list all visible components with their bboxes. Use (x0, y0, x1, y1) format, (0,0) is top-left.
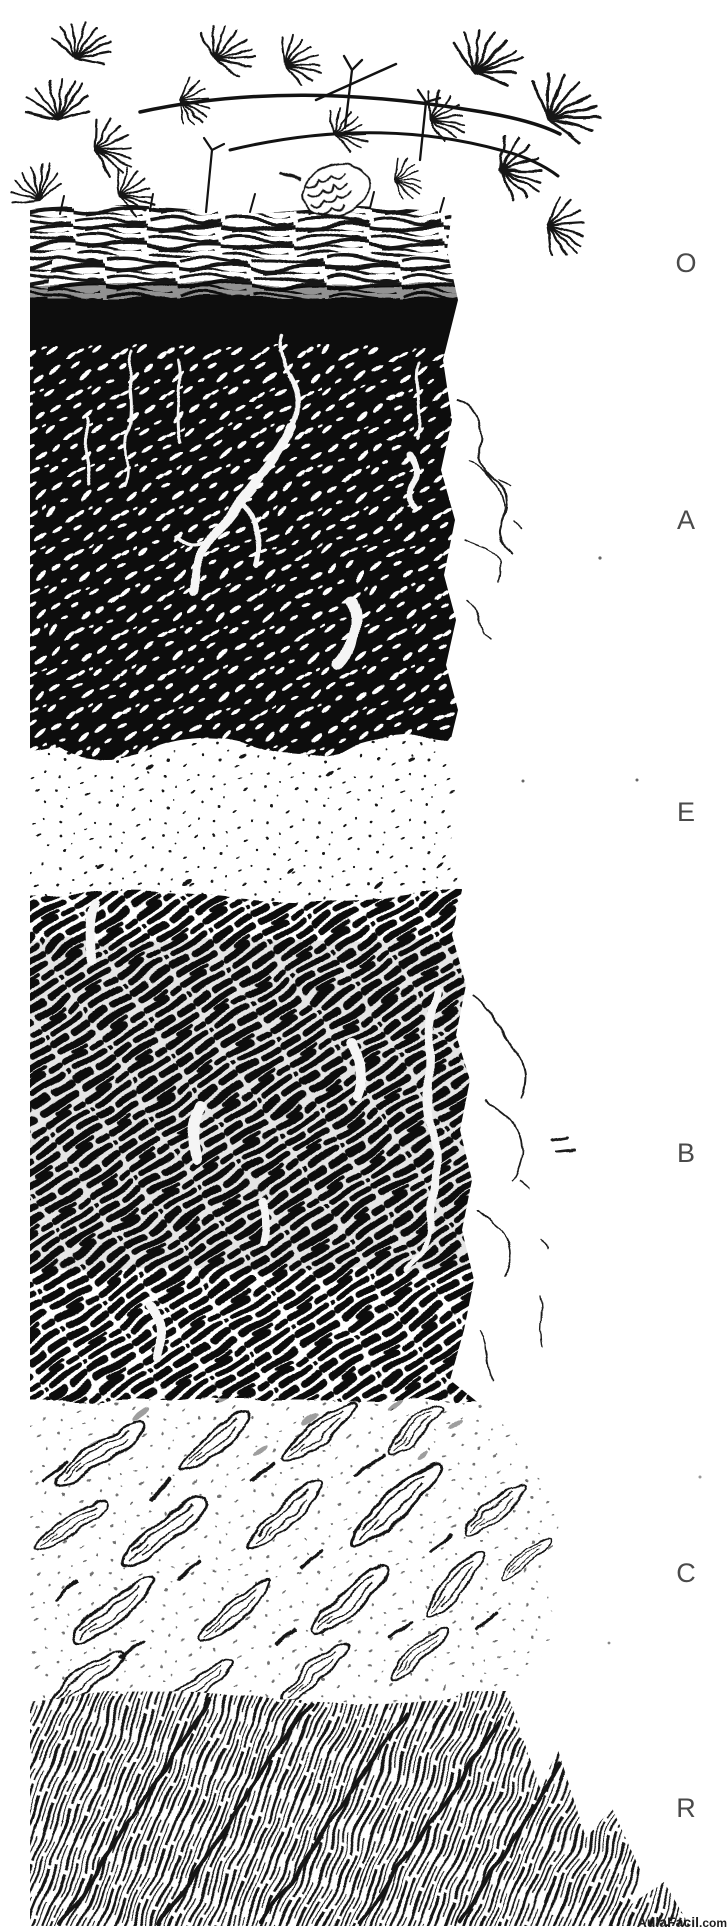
watermark-tld: .com (699, 1916, 727, 1930)
watermark-site: AulaFacil (637, 1914, 699, 1930)
horizon-c-stones (20, 1395, 580, 1720)
horizon-label-C: C (664, 1560, 708, 1587)
horizon-label-B: B (664, 1140, 708, 1167)
soil-profile-figure: O A E B C R AulaFacil.com (0, 0, 728, 1932)
watermark-aulafacil: AulaFacil.com (637, 1914, 727, 1930)
soil-profile-drawing (0, 0, 728, 1932)
horizon-label-R: R (664, 1795, 708, 1822)
horizon-label-A: A (664, 507, 708, 534)
horizon-label-E: E (664, 799, 708, 826)
horizon-label-O: O (664, 250, 708, 277)
